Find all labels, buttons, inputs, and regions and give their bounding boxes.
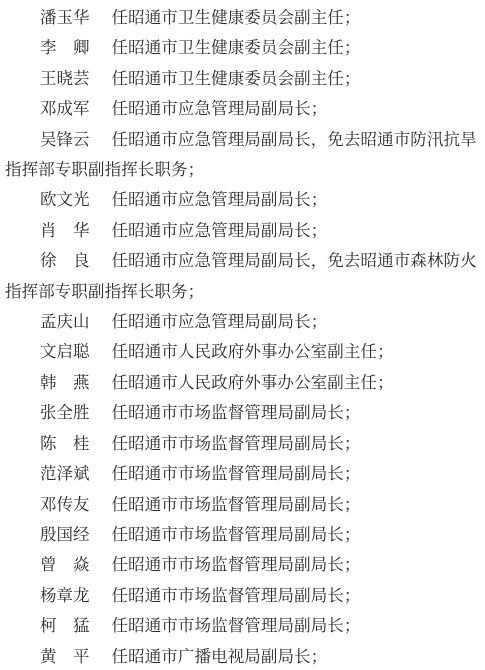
document-page: { "page": { "background_color": "#ffffff… xyxy=(0,0,485,670)
person-name: 张全胜 xyxy=(40,403,90,422)
person-name: 黄 平 xyxy=(40,647,90,666)
appointment-row: 徐 良任昭通市应急管理局副局长，免去昭通市森林防火指挥部专职副指挥长职务； xyxy=(5,246,477,307)
appointment-row: 邓成军任昭通市应急管理局副局长； xyxy=(5,94,477,124)
appointment-row: 陈 桂任昭通市市场监督管理局副局长； xyxy=(5,429,477,459)
person-name: 孟庆山 xyxy=(40,312,90,331)
person-name: 邓传友 xyxy=(40,495,90,514)
appointment-text: 任昭通市市场监督管理局副局长； xyxy=(112,434,361,453)
person-name: 吴锋云 xyxy=(40,130,90,149)
appointment-text: 任昭通市卫生健康委员会副主任； xyxy=(112,69,361,88)
appointment-text: 任昭通市市场监督管理局副局长； xyxy=(112,616,361,635)
person-name: 徐 良 xyxy=(40,251,90,270)
appointment-row: 潘玉华任昭通市卫生健康委员会副主任； xyxy=(5,3,477,33)
appointments-document: 潘玉华任昭通市卫生健康委员会副主任；李 卿任昭通市卫生健康委员会副主任；王晓芸任… xyxy=(0,0,485,670)
appointment-row: 张全胜任昭通市市场监督管理局副局长； xyxy=(5,398,477,428)
appointment-row: 韩 燕任昭通市人民政府外事办公室副主任； xyxy=(5,368,477,398)
person-name: 邓成军 xyxy=(40,99,90,118)
appointment-text: 任昭通市人民政府外事办公室副主任； xyxy=(112,342,394,361)
person-name: 潘玉华 xyxy=(40,8,90,27)
appointment-text: 任昭通市市场监督管理局副局长； xyxy=(112,403,361,422)
person-name: 韩 燕 xyxy=(40,373,90,392)
person-name: 欧文光 xyxy=(40,190,90,209)
person-name: 殷国经 xyxy=(40,525,90,544)
person-name: 柯 猛 xyxy=(40,616,90,635)
appointment-row: 肖 华任昭通市应急管理局副局长； xyxy=(5,216,477,246)
appointment-text: 任昭通市应急管理局副局长； xyxy=(112,190,328,209)
person-name: 杨章龙 xyxy=(40,586,90,605)
appointment-text: 任昭通市人民政府外事办公室副主任； xyxy=(112,373,394,392)
person-name: 范泽斌 xyxy=(40,464,90,483)
appointment-row: 范泽斌任昭通市市场监督管理局副局长； xyxy=(5,459,477,489)
appointment-text: 任昭通市应急管理局副局长； xyxy=(112,221,328,240)
appointment-row: 柯 猛任昭通市市场监督管理局副局长； xyxy=(5,611,477,641)
appointment-row: 文启聪任昭通市人民政府外事办公室副主任； xyxy=(5,337,477,367)
appointment-row: 杨章龙任昭通市市场监督管理局副局长； xyxy=(5,581,477,611)
person-name: 曾 焱 xyxy=(40,555,90,574)
appointment-text: 任昭通市市场监督管理局副局长； xyxy=(112,464,361,483)
appointment-row: 孟庆山任昭通市应急管理局副局长； xyxy=(5,307,477,337)
appointment-text: 任昭通市市场监督管理局副局长； xyxy=(112,525,361,544)
person-name: 李 卿 xyxy=(40,38,90,57)
appointment-row: 王晓芸任昭通市卫生健康委员会副主任； xyxy=(5,64,477,94)
person-name: 陈 桂 xyxy=(40,434,90,453)
appointment-text: 任昭通市应急管理局副局长； xyxy=(112,312,328,331)
appointment-text: 任昭通市市场监督管理局副局长； xyxy=(112,495,361,514)
appointment-row: 黄 平任昭通市广播电视局副局长； xyxy=(5,642,477,670)
appointment-text: 任昭通市广播电视局副局长； xyxy=(112,647,328,666)
appointment-row: 吴锋云任昭通市应急管理局副局长，免去昭通市防汛抗旱指挥部专职副指挥长职务； xyxy=(5,125,477,186)
appointment-text: 任昭通市卫生健康委员会副主任； xyxy=(112,38,361,57)
appointment-row: 殷国经任昭通市市场监督管理局副局长； xyxy=(5,520,477,550)
appointment-text: 任昭通市市场监督管理局副局长； xyxy=(112,586,361,605)
appointment-row: 邓传友任昭通市市场监督管理局副局长； xyxy=(5,490,477,520)
person-name: 肖 华 xyxy=(40,221,90,240)
appointment-row: 李 卿任昭通市卫生健康委员会副主任； xyxy=(5,33,477,63)
person-name: 文启聪 xyxy=(40,342,90,361)
appointment-text: 任昭通市应急管理局副局长； xyxy=(112,99,328,118)
appointment-row: 曾 焱任昭通市市场监督管理局副局长； xyxy=(5,550,477,580)
appointment-text: 任昭通市市场监督管理局副局长； xyxy=(112,555,361,574)
appointment-row: 欧文光任昭通市应急管理局副局长； xyxy=(5,185,477,215)
person-name: 王晓芸 xyxy=(40,69,90,88)
appointment-text: 任昭通市卫生健康委员会副主任； xyxy=(112,8,361,27)
